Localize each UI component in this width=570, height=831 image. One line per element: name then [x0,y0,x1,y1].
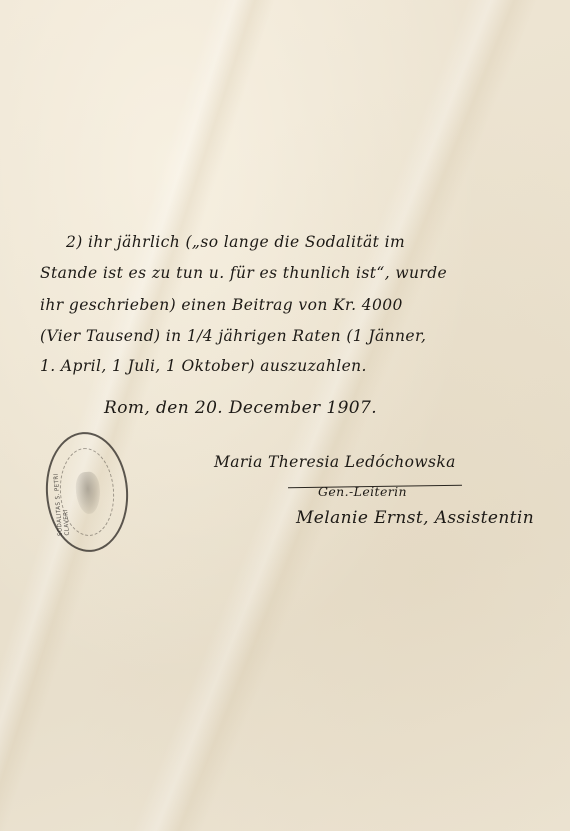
body-line-4: (Vier Tausend) in 1/4 jährigen Raten (1 … [40,327,426,345]
body-line-5: 1. April, 1 Juli, 1 Oktober) auszuzahlen… [40,357,367,375]
body-line-1: 2) ihr jährlich („so lange die Sodalität… [66,233,405,251]
paper-background: 2) ihr jährlich („so lange die Sodalität… [0,0,570,831]
signature-title: Gen.-Leiterin [318,484,407,499]
signature-assistant: Melanie Ernst, Assistentin [296,508,534,528]
body-line-2: Stande ist es zu tun u. für es thunlich … [40,264,447,282]
signature-general-director: Maria Theresia Ledóchowska [214,453,456,471]
body-line-3: ihr geschrieben) einen Beitrag von Kr. 4… [40,296,403,314]
place-date: Rom, den 20. December 1907. [104,398,377,418]
seal-stamp: SODALITAS S. PETRI CLAVERI [42,429,132,554]
